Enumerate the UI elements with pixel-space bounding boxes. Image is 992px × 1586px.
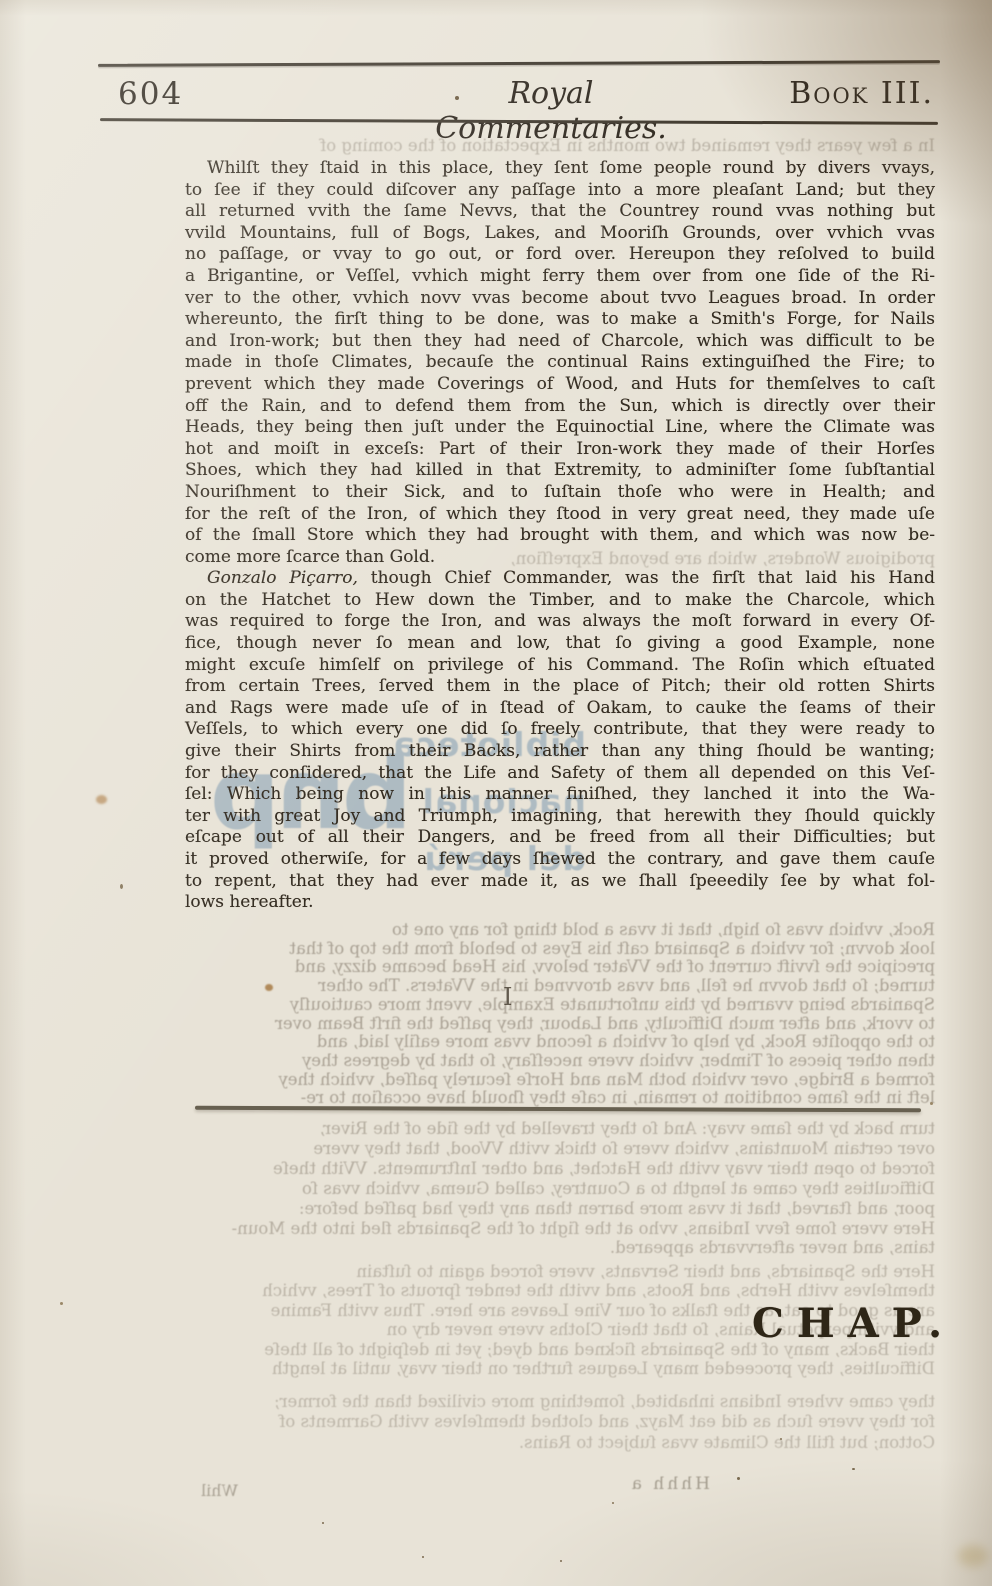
italic-name: Gonzalo Piçarro,: [207, 568, 358, 588]
bleed-line: Difficulties they came at length to a Co…: [185, 1179, 935, 1199]
catchword: CHAP.: [752, 1300, 955, 1347]
bleed-line: turned; ſo that dovvn he fell, and vvas …: [185, 977, 935, 996]
foxing-speck: [737, 1477, 740, 1480]
text-line: a Brigantine, or Veſſel, vvhich might fe…: [185, 266, 935, 288]
bleed-line: In a few years they remained two months …: [185, 136, 935, 155]
text-line: from certain Trees, ſerved them in the p…: [185, 676, 935, 698]
text-line: all returned vvith the ſame Nevvs, that …: [185, 201, 935, 223]
text-line: whereunto, the firſt thing to be done, w…: [185, 309, 935, 331]
text-line: might excuſe himſelf on privilege of his…: [185, 655, 935, 677]
header-rule-top: [98, 60, 940, 67]
text-line: to ſee if they could diſcover any paſſag…: [185, 180, 935, 202]
bleed-line: Cotton; but ſtill the Climate vvas ſubje…: [185, 1433, 935, 1453]
bleed-line: Rock, vvhich vvas ſo high, that it vvas …: [185, 921, 935, 940]
text-line: Nouriſhment to their Sick, and to ſuſtai…: [185, 482, 935, 504]
bleedthrough-middle-block: Rock, vvhich vvas ſo high, that it vvas …: [185, 921, 935, 1108]
text-line: to repent, that they had ever made it, a…: [185, 871, 935, 893]
page-number: 604: [118, 76, 183, 112]
text-line: give their Shirts from their Backs, rath…: [185, 741, 935, 763]
bleed-line: Here the Spaniards, and their Servants, …: [185, 1262, 935, 1281]
text-line: eſcape out of all their Dangers, and be …: [185, 827, 935, 849]
bleed-line: themſelves vvith Herbs, and Roots, and v…: [185, 1281, 935, 1300]
text-line: ſel: Which being now in this manner fini…: [185, 784, 935, 806]
text-line: made in thoſe Climates, becauſe the cont…: [185, 352, 935, 374]
text-line: Whilſt they ſtaid in this place, they ſe…: [185, 158, 935, 180]
bleed-line: formed a Bridge, over vvhich both Man an…: [185, 1071, 935, 1090]
text-line: for they conſidered, that the Life and S…: [185, 763, 935, 785]
bleed-line: for they vvere ſuch as did eat Mayz, and…: [185, 1412, 935, 1432]
body-text: Whilſt they ſtaid in this place, they ſe…: [185, 158, 935, 914]
book-label: Book III.: [789, 76, 934, 111]
foxing-speck: [560, 1560, 562, 1562]
text-line: for the reſt of the Iron, of which they …: [185, 504, 935, 526]
foxing-speck: [60, 1302, 63, 1305]
foxing-speck: [322, 1522, 324, 1524]
bleed-line: precipice the ſvvift current of the VVat…: [185, 958, 935, 977]
foxing-speck: [422, 1556, 424, 1558]
bleed-line: then other pieces of Timber, vvhich vver…: [185, 1052, 935, 1071]
text-line: Veſſels, to which every one did ſo freel…: [185, 719, 935, 741]
text-line: fice, though never ſo mean and low, that…: [185, 633, 935, 655]
signature-mark-showthrough: Hhhh a: [560, 1474, 710, 1494]
text-line: and Rags were made uſe of in ſtead of Oa…: [185, 698, 935, 720]
bleed-line: look dovvn; for vvhich a Spaniard caſt h…: [185, 940, 935, 959]
bleedthrough-bottom-block: they came vvhere Indians inhabited, ſome…: [185, 1392, 935, 1453]
bleed-line: poor, and ſtarved, that it vvas more bar…: [185, 1199, 935, 1219]
verso-catchword-showthrough: Whil: [180, 1481, 238, 1500]
text-line: off the Rain, and to defend them from th…: [185, 396, 935, 418]
bleedthrough-above-header: In a few years they remained two months …: [185, 136, 935, 155]
bleed-line: they came vvhere Indians inhabited, ſome…: [185, 1392, 935, 1412]
bleed-line: tains, and never aftervvards appeared.: [185, 1238, 935, 1258]
text-line: Shoes, which they had killed in that Ext…: [185, 460, 935, 482]
foxing-speck: [612, 1502, 614, 1504]
foxing-stain: [958, 1545, 988, 1567]
text-line: no paſſage, or vvay to go out, or ford o…: [185, 244, 935, 266]
bleedthrough-below-rule: turn back by the ſame vvay: And ſo they …: [185, 1119, 935, 1258]
foxing-speck: [120, 884, 123, 889]
bleed-line: turn back by the ſame vvay: And ſo they …: [185, 1119, 935, 1139]
book-page-scan: biblioteca nacional del perú bnp In a fe…: [0, 0, 992, 1586]
text-line: come more ſcarce than Gold.: [185, 547, 935, 569]
text-line: on the Hatchet to Hew down the Timber, a…: [185, 590, 935, 612]
text-line: hot and moiſt in exceſs: Part of their I…: [185, 439, 935, 461]
text-line: prevent which they made Coverings of Woo…: [185, 374, 935, 396]
text-line: vvild Mountains, full of Bogs, Lakes, an…: [185, 223, 935, 245]
text-segment: though Chief Commander, was the firſt th…: [358, 568, 935, 588]
stray-ink-mark: I: [503, 983, 512, 1011]
text-line: ter with great Joy and Triumph, imaginin…: [185, 806, 935, 828]
foxing-speck: [852, 1468, 855, 1470]
text-line: lows hereafter.: [185, 892, 935, 914]
text-line: was required to forge the Iron, and was …: [185, 611, 935, 633]
foxing-speck: [96, 795, 107, 804]
bleed-line: Spaniards being vvarned by this unfortun…: [185, 996, 935, 1015]
text-line: and Iron-work; but then they had need of…: [185, 331, 935, 353]
bleed-line: to the oppoſite Rock, by help of vvhich …: [185, 1033, 935, 1052]
text-line: of the ſmall Store which they had brough…: [185, 525, 935, 547]
text-line: Gonzalo Piçarro, though Chief Commander,…: [185, 568, 935, 590]
bleed-line: forced to open their vvay vvith the Hatc…: [185, 1159, 935, 1179]
bleed-line: to vvork, and after much Difficulty, and…: [185, 1015, 935, 1034]
text-line: Heads, they being then juſt under the Eq…: [185, 417, 935, 439]
text-line: it proved otherwiſe, for a few days ſhew…: [185, 849, 935, 871]
bleed-line: over certain Mountains, vvhich vvere ſo …: [185, 1139, 935, 1159]
text-line: ver to the other, vvhich novv vvas becom…: [185, 288, 935, 310]
bleed-line: Difficulties, they proceeded many League…: [185, 1359, 935, 1378]
bleed-line: Here vvere ſome fevv Indians, vvho at th…: [185, 1219, 935, 1239]
